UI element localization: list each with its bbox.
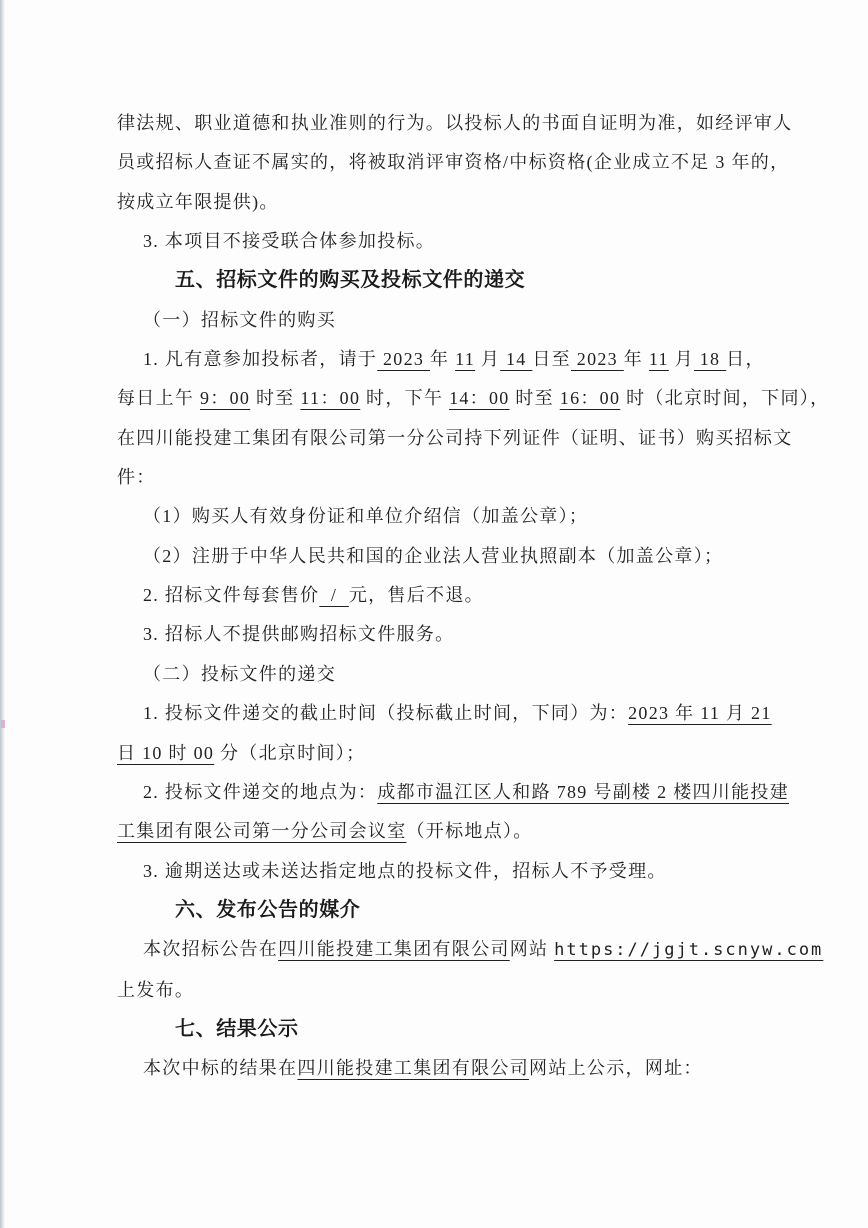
text-line: 3. 逾期送达或未送达指定地点的投标文件，招标人不予受理。 [117,852,801,891]
text-segment: 上发布。 [117,980,194,1000]
document-body: 律法规、职业道德和执业准则的行为。以投标人的书面自证明为准，如经评审人员或招标人… [117,104,801,1089]
text-line: 2. 投标文件递交的地点为：成都市温江区人和路 789 号副楼 2 楼四川能投建 [117,773,801,812]
text-line: （二）投标文件的递交 [117,655,801,694]
underlined-text: 2023 年 11 月 21 [628,703,772,723]
text-segment: 分（北京时间）； [214,743,365,763]
text-line: （1）购买人有效身份证和单位介绍信（加盖公章）； [117,497,801,536]
text-line: （2）注册于中华人民共和国的企业法人营业执照副本（加盖公章）； [117,537,801,576]
text-line: （一）招标文件的购买 [117,301,801,340]
text-line: 1. 凡有意参加投标者，请于 2023 年 11 月 14 日至 2023 年 … [117,340,801,379]
text-segment: 时至 [250,388,300,408]
underlined-text: 18 [694,349,726,369]
text-segment: 日至 [532,349,571,369]
text-segment: 每日上午 [117,388,200,408]
text-line: 按成立年限提供)。 [117,183,801,222]
text-segment: 员或招标人查证不属实的，将被取消评审资格/中标资格(企业成立不足 3 年的， [117,152,789,172]
text-segment: 日， [726,349,765,369]
text-segment: 2. 招标文件每套售价 [143,585,319,605]
text-line: 在四川能投建工集团有限公司第一分公司持下列证件（证明、证书）购买招标文 [117,419,801,458]
text-segment: 年 [624,349,649,369]
text-segment: 律法规、职业道德和执业准则的行为。以投标人的书面自证明为准，如经评审人 [117,113,793,133]
text-segment: （一）招标文件的购买 [143,310,336,330]
text-segment: 元，售后不退。 [349,585,484,605]
underlined-text: https://jgjt.scnyw.com [554,940,823,960]
text-segment: 网站上公示，网址： [529,1058,703,1078]
text-line: 3. 招标人不提供邮购招标文件服务。 [117,615,801,654]
underlined-text: 14：00 [449,388,510,408]
section-heading: 六、发布公告的媒介 [117,891,801,930]
text-segment: 3. 招标人不提供邮购招标文件服务。 [143,624,454,644]
text-segment: 件： [117,467,156,487]
underlined-text: 16：00 [560,388,621,408]
text-segment: 年 [430,349,455,369]
text-segment: 本次招标公告在 [143,939,278,959]
text-line: 本次招标公告在四川能投建工集团有限公司网站 https://jgjt.scnyw… [117,930,801,970]
section-heading: 七、结果公示 [117,1010,801,1049]
underlined-text: 四川能投建工集团有限公司 [278,939,510,959]
underlined-text: 2023 [571,349,624,369]
text-segment: 月 [669,349,694,369]
text-line: 上发布。 [117,971,801,1010]
section-heading: 五、招标文件的购买及投标文件的递交 [117,261,801,300]
text-segment: （二）投标文件的递交 [143,664,336,684]
text-line: 员或招标人查证不属实的，将被取消评审资格/中标资格(企业成立不足 3 年的， [117,143,801,182]
text-segment: （1）购买人有效身份证和单位介绍信（加盖公章）； [143,506,588,526]
text-line: 3. 本项目不接受联合体参加投标。 [117,222,801,261]
text-segment: 在四川能投建工集团有限公司第一分公司持下列证件（证明、证书）购买招标文 [117,428,793,448]
text-line: 件： [117,458,801,497]
text-segment: 本次中标的结果在 [143,1058,297,1078]
text-line: 本次中标的结果在四川能投建工集团有限公司网站上公示，网址： [117,1049,801,1088]
text-segment: 1. 投标文件递交的截止时间（投标截止时间，下同）为： [143,703,628,723]
scan-speck-artifact [1,720,5,728]
underlined-text: / [319,585,349,605]
text-line: 工集团有限公司第一分公司会议室（开标地点）。 [117,812,801,851]
scan-edge-artifact [0,0,5,1228]
text-line: 日 10 时 00 分（北京时间）； [117,734,801,773]
text-segment: 时至 [510,388,560,408]
text-segment: 1. 凡有意参加投标者，请于 [143,349,377,369]
underlined-text: 14 [500,349,532,369]
underlined-text: 9：00 [200,388,250,408]
underlined-text: 11 [649,349,669,369]
underlined-text: 11：00 [300,388,360,408]
text-segment: 时（北京时间，下同）， [620,388,829,408]
text-segment: 按成立年限提供)。 [117,192,279,212]
text-segment: 月 [475,349,500,369]
text-line: 每日上午 9：00 时至 11：00 时，下午 14：00 时至 16：00 时… [117,379,801,418]
underlined-text: 四川能投建工集团有限公司 [297,1058,529,1078]
text-line: 律法规、职业道德和执业准则的行为。以投标人的书面自证明为准，如经评审人 [117,104,801,143]
text-segment: 五、招标文件的购买及投标文件的递交 [175,269,525,291]
text-segment: 七、结果公示 [175,1018,299,1040]
text-line: 2. 招标文件每套售价 / 元，售后不退。 [117,576,801,615]
underlined-text: 成都市温江区人和路 789 号副楼 2 楼四川能投建 [377,782,789,802]
text-segment: 2. 投标文件递交的地点为： [143,782,377,802]
underlined-text: 工集团有限公司第一分公司会议室 [117,821,407,841]
text-line: 1. 投标文件递交的截止时间（投标截止时间，下同）为：2023 年 11 月 2… [117,694,801,733]
text-segment: 3. 本项目不接受联合体参加投标。 [143,231,435,251]
text-segment: （开标地点）。 [407,821,533,841]
underlined-text: 日 10 时 00 [117,743,214,763]
scanned-document-page: 律法规、职业道德和执业准则的行为。以投标人的书面自证明为准，如经评审人员或招标人… [0,0,868,1228]
text-segment: （2）注册于中华人民共和国的企业法人营业执照副本（加盖公章）； [143,546,723,566]
text-segment: 网站 [510,939,554,959]
text-segment: 时，下午 [360,388,449,408]
text-segment: 六、发布公告的媒介 [175,899,360,921]
text-segment: 3. 逾期送达或未送达指定地点的投标文件，招标人不予受理。 [143,861,667,881]
underlined-text: 2023 [377,349,430,369]
underlined-text: 11 [455,349,475,369]
